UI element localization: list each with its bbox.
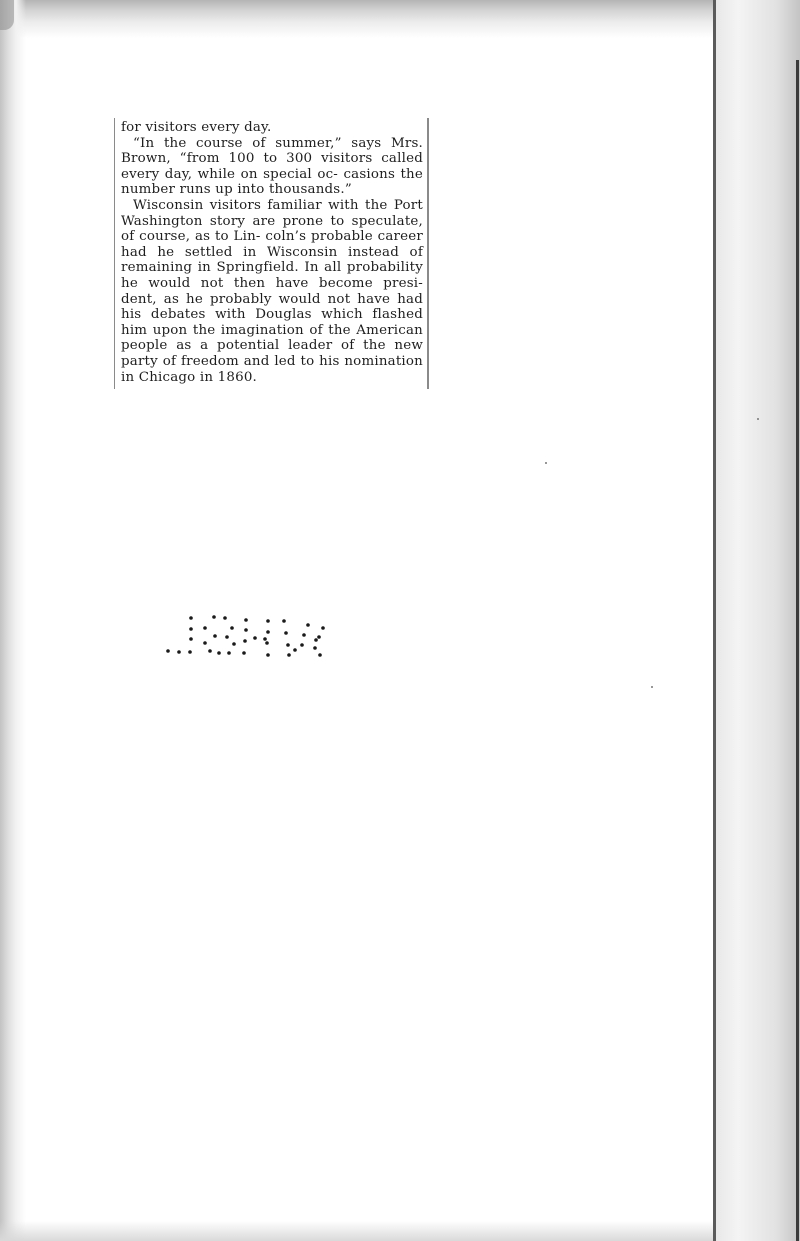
scan-speck <box>757 418 759 420</box>
outer-page-edge <box>796 60 799 1241</box>
clipping-paragraph-3: Wisconsin visitors familiar with the Por… <box>121 198 423 385</box>
scan-speck <box>545 462 547 464</box>
newspaper-clipping: for visitors every day. “In the course o… <box>114 118 429 389</box>
clipping-line: for visitors every day. <box>121 120 271 135</box>
clipping-line: “In the course of summer,” says <box>133 136 381 151</box>
clipping-line: would not then have become presi- <box>148 276 423 291</box>
scan-shadow-left <box>0 0 26 1241</box>
clipping-line: Wisconsin visitors familiar with <box>133 198 359 213</box>
scan-shadow-top <box>0 0 800 38</box>
binding-margin <box>716 0 800 1241</box>
clipping-paragraph-2: “In the course of summer,” says Mrs. Bro… <box>121 136 423 198</box>
clipping-paragraph-1: for visitors every day. <box>121 120 423 136</box>
scan-speck <box>651 686 653 688</box>
scan-corner-shadow <box>0 0 14 30</box>
scan-shadow-bottom <box>0 1221 800 1241</box>
perforated-initials-icon <box>160 612 330 668</box>
clipping-line: in 1860. <box>200 370 257 385</box>
clipping-line: thousands.” <box>269 182 352 197</box>
perforated-stamp <box>160 612 330 668</box>
page-edge-rule <box>713 0 716 1241</box>
clipping-line: dent, as he probably would not have <box>121 292 390 307</box>
scanned-page: for visitors every day. “In the course o… <box>0 0 800 1241</box>
